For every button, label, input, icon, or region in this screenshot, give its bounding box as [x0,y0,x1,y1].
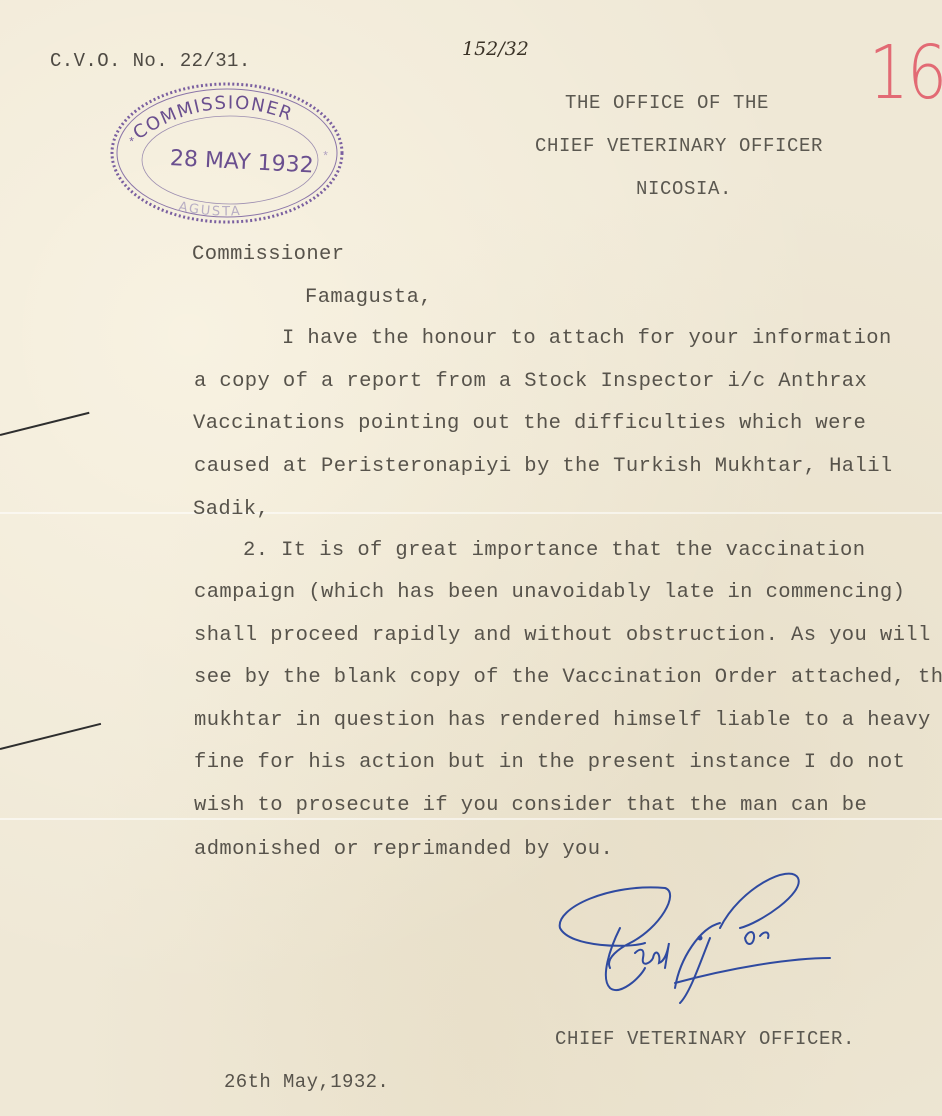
body-line: caused at Peristeronapiyi by the Turkish… [194,455,893,478]
body-line: see by the blank copy of the Vaccination… [194,666,942,689]
letterhead-line-1: THE OFFICE OF THE [565,92,769,114]
signature-icon [550,868,840,1013]
paper-fold-crease [0,512,942,514]
margin-line-mark [0,412,90,436]
handwritten-file-number: 152/32 [462,38,529,60]
body-line: campaign (which has been unavoidably lat… [194,581,905,604]
stamp-bottom-text: AGUSTA [177,199,242,219]
body-line: 2. It is of great importance that the va… [243,539,865,562]
body-line: shall proceed rapidly and without obstru… [194,624,931,647]
body-line: mukhtar in question has rendered himself… [194,709,931,732]
paper-fold-crease [0,818,942,820]
signatory-title: CHIEF VETERINARY OFFICER. [555,1028,855,1050]
body-line: wish to prosecute if you consider that t… [194,794,867,817]
body-line: Vaccinations pointing out the difficulti… [193,412,866,435]
folio-number: 16 [869,30,942,116]
letterhead-line-3: NICOSIA. [636,178,732,200]
body-line: I have the honour to attach for your inf… [282,327,892,350]
margin-line-mark [0,723,101,750]
addressee-location: Famagusta, [305,286,432,309]
body-line: a copy of a report from a Stock Inspecto… [194,370,867,393]
body-line: fine for his action but in the present i… [194,751,905,774]
svg-text:AGUSTA: AGUSTA [177,199,242,219]
addressee-title: Commissioner [192,243,344,266]
svg-text:*: * [128,136,135,150]
body-line: Sadik, [193,498,269,521]
reference-number: C.V.O. No. 22/31. [50,50,251,72]
svg-text:*: * [322,150,329,164]
letter-date: 26th May,1932. [224,1071,389,1093]
letterhead-line-2: CHIEF VETERINARY OFFICER [535,135,823,157]
body-line: admonished or reprimanded by you. [194,838,613,861]
